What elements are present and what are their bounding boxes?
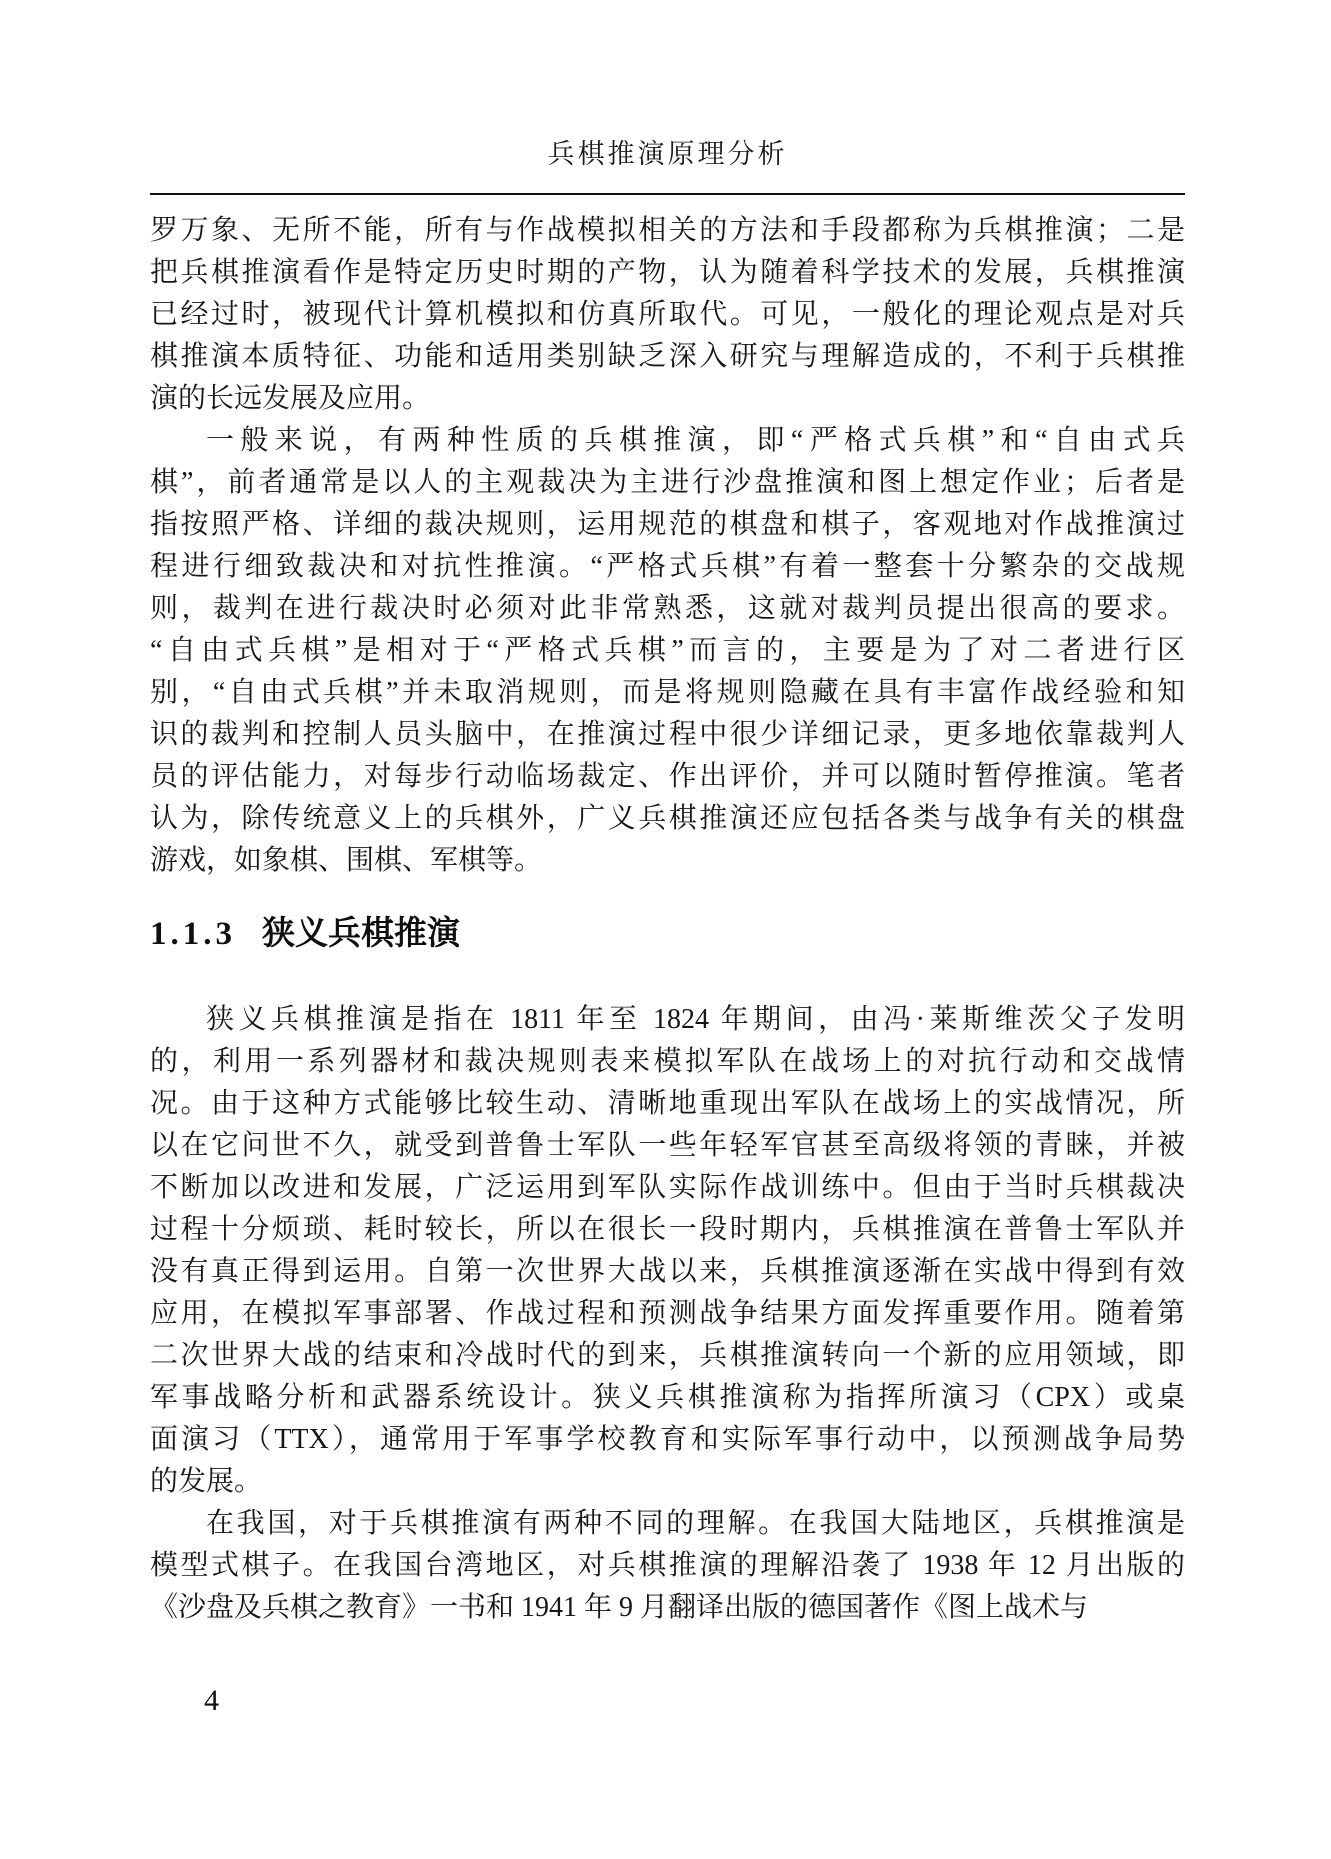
section-title: 狭义兵棋推演: [262, 913, 460, 952]
text-line: 面演习（TTX），通常用于军事学校教育和实际军事行动中，以预测战争局势: [150, 1419, 1185, 1461]
text-line: 罗万象、无所不能，所有与作战模拟相关的方法和手段都称为兵棋推演；二是: [150, 210, 1185, 252]
text-line: 二次世界大战的结束和冷战时代的到来，兵棋推演转向一个新的应用领域，即: [150, 1335, 1185, 1377]
text-line: 指按照严格、详细的裁决规则，运用规范的棋盘和棋子，客观地对作战推演过: [150, 504, 1185, 546]
text-line: 没有真正得到运用。自第一次世界大战以来，兵棋推演逐渐在实战中得到有效: [150, 1251, 1185, 1293]
section-heading: 1.1.3狭义兵棋推演: [150, 910, 1185, 957]
paragraph: 罗万象、无所不能，所有与作战模拟相关的方法和手段都称为兵棋推演；二是把兵棋推演看…: [150, 210, 1185, 420]
header-rule: [150, 193, 1185, 195]
text-line: 棋推演本质特征、功能和适用类别缺乏深入研究与理解造成的，不利于兵棋推: [150, 336, 1185, 378]
section-number: 1.1.3: [150, 916, 236, 952]
text-line: 况。由于这种方式能够比较生动、清晰地重现出军队在战场上的实战情况，所: [150, 1083, 1185, 1125]
text-line: 识的裁判和控制人员头脑中，在推演过程中很少详细记录，更多地依靠裁判人: [150, 714, 1185, 756]
text-line: 不断加以改进和发展，广泛运用到军队实际作战训练中。但由于当时兵棋裁决: [150, 1167, 1185, 1209]
text-line: 狭义兵棋推演是指在 1811 年至 1824 年期间，由冯·莱斯维茨父子发明: [150, 999, 1185, 1041]
text-line: 以在它问世不久，就受到普鲁士军队一些年轻军官甚至高级将领的青睐，并被: [150, 1125, 1185, 1167]
page-number: 4: [204, 1684, 219, 1718]
text-line: 已经过时，被现代计算机模拟和仿真所取代。可见，一般化的理论观点是对兵: [150, 294, 1185, 336]
text-line: 程进行细致裁决和对抗性推演。“严格式兵棋”有着一整套十分繁杂的交战规: [150, 546, 1185, 588]
text-line: 的，利用一系列器材和裁决规则表来模拟军队在战场上的对抗行动和交战情: [150, 1041, 1185, 1083]
paragraph: 一般来说，有两种性质的兵棋推演，即“严格式兵棋”和“自由式兵棋”，前者通常是以人…: [150, 420, 1185, 882]
text-line: 别，“自由式兵棋”并未取消规则，而是将规则隐藏在具有丰富作战经验和知: [150, 672, 1185, 714]
document-page: 兵棋推演原理分析 罗万象、无所不能，所有与作战模拟相关的方法和手段都称为兵棋推演…: [0, 0, 1331, 1859]
text-line: 则，裁判在进行裁决时必须对此非常熟悉，这就对裁判员提出很高的要求。: [150, 588, 1185, 630]
text-line: 棋”，前者通常是以人的主观裁决为主进行沙盘推演和图上想定作业；后者是: [150, 462, 1185, 504]
text-line: 《沙盘及兵棋之教育》一书和 1941 年 9 月翻译出版的德国著作《图上战术与: [150, 1587, 1185, 1629]
running-header: 兵棋推演原理分析: [150, 132, 1185, 195]
text-line: 模型式棋子。在我国台湾地区，对兵棋推演的理解沿袭了 1938 年 12 月出版的: [150, 1545, 1185, 1587]
text-line: 的发展。: [150, 1461, 1185, 1503]
text-line: 认为，除传统意义上的兵棋外，广义兵棋推演还应包括各类与战争有关的棋盘: [150, 798, 1185, 840]
text-line: 游戏，如象棋、围棋、军棋等。: [150, 840, 1185, 882]
text-line: 一般来说，有两种性质的兵棋推演，即“严格式兵棋”和“自由式兵: [150, 420, 1185, 462]
text-line: “自由式兵棋”是相对于“严格式兵棋”而言的，主要是为了对二者进行区: [150, 630, 1185, 672]
text-line: 应用，在模拟军事部署、作战过程和预测战争结果方面发挥重要作用。随着第: [150, 1293, 1185, 1335]
text-line: 员的评估能力，对每步行动临场裁定、作出评价，并可以随时暂停推演。笔者: [150, 756, 1185, 798]
text-line: 把兵棋推演看作是特定历史时期的产物，认为随着科学技术的发展，兵棋推演: [150, 252, 1185, 294]
text-line: 在我国，对于兵棋推演有两种不同的理解。在我国大陆地区，兵棋推演是: [150, 1503, 1185, 1545]
text-line: 过程十分烦琐、耗时较长，所以在很长一段时期内，兵棋推演在普鲁士军队并: [150, 1209, 1185, 1251]
text-line: 军事战略分析和武器系统设计。狭义兵棋推演称为指挥所演习（CPX）或桌: [150, 1377, 1185, 1419]
running-header-title: 兵棋推演原理分析: [150, 132, 1185, 171]
document-body: 罗万象、无所不能，所有与作战模拟相关的方法和手段都称为兵棋推演；二是把兵棋推演看…: [150, 210, 1185, 1629]
paragraph: 狭义兵棋推演是指在 1811 年至 1824 年期间，由冯·莱斯维茨父子发明的，…: [150, 999, 1185, 1503]
text-line: 演的长远发展及应用。: [150, 378, 1185, 420]
paragraph: 在我国，对于兵棋推演有两种不同的理解。在我国大陆地区，兵棋推演是模型式棋子。在我…: [150, 1503, 1185, 1629]
